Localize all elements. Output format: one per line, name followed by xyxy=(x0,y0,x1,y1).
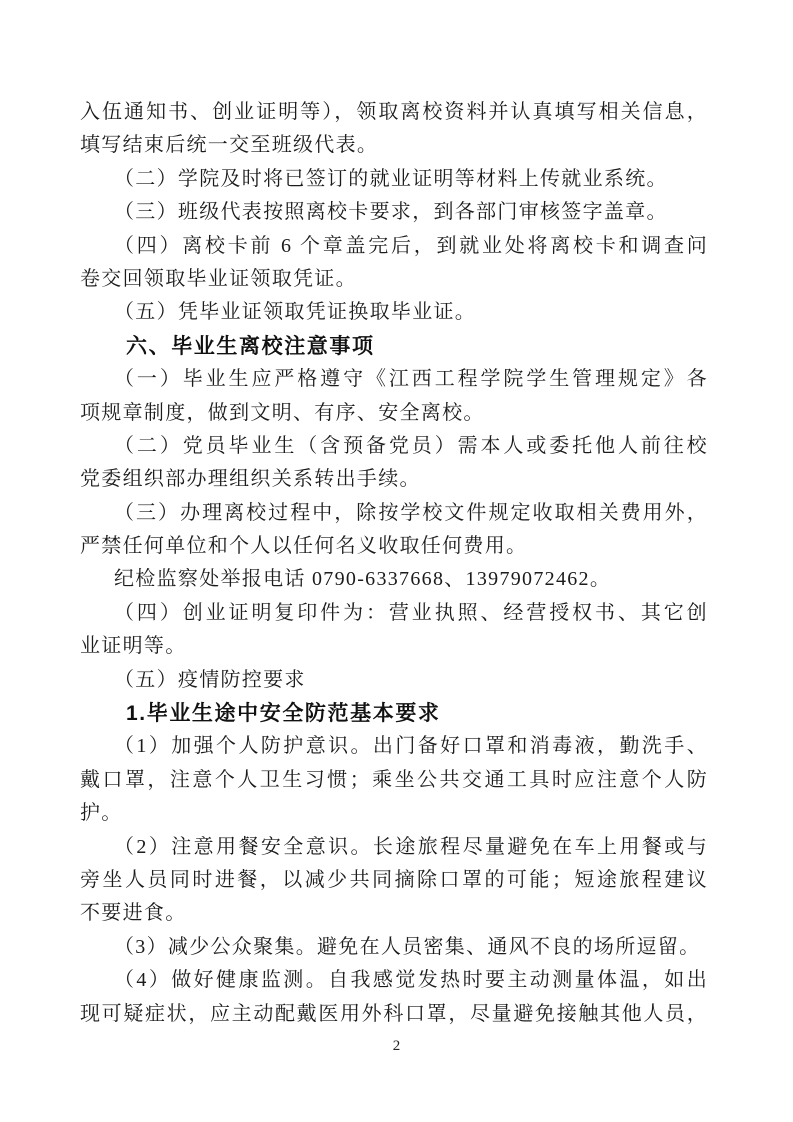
text-line: （3）减少公众聚集。避免在人员密集、通风不良的场所逗留。 xyxy=(80,931,708,964)
text-line: （四）离校卡前 6 个章盖完后，到就业处将离校卡和调查问 xyxy=(80,230,708,263)
text-line: 现可疑症状，应主动配戴医用外科口罩，尽量避免接触其他人员， xyxy=(80,998,708,1031)
text-line: （五）疫情防控要求 xyxy=(80,664,708,697)
text-line: 不要进食。 xyxy=(80,897,708,930)
text-line: 戴口罩，注意个人卫生习惯；乘坐公共交通工具时应注意个人防 xyxy=(80,764,708,797)
text-line: 护。 xyxy=(80,797,708,830)
text-line: 项规章制度，做到文明、有序、安全离校。 xyxy=(80,397,708,430)
text-line: 严禁任何单位和个人以任何名义收取任何费用。 xyxy=(80,530,708,563)
text-line: 业证明等。 xyxy=(80,630,708,663)
text-line: （4）做好健康监测。自我感觉发热时要主动测量体温，如出 xyxy=(80,964,708,997)
text-line: （三）班级代表按照离校卡要求，到各部门审核签字盖章。 xyxy=(80,196,708,229)
text-line: 入伍通知书、创业证明等），领取离校资料并认真填写相关信息， xyxy=(80,96,708,129)
text-line: （三）办理离校过程中，除按学校文件规定收取相关费用外， xyxy=(80,497,708,530)
text-line: （一）毕业生应严格遵守《江西工程学院学生管理规定》各 xyxy=(80,363,708,396)
text-line: 旁坐人员同时进餐，以减少共同摘除口罩的可能；短途旅程建议 xyxy=(80,864,708,897)
text-line: 卷交回领取毕业证领取凭证。 xyxy=(80,263,708,296)
text-block: 入伍通知书、创业证明等），领取离校资料并认真填写相关信息，填写结束后统一交至班级… xyxy=(80,96,708,1031)
text-line: 填写结束后统一交至班级代表。 xyxy=(80,129,708,162)
text-line: （2）注意用餐安全意识。长途旅程尽量避免在车上用餐或与 xyxy=(80,831,708,864)
page-number: 2 xyxy=(0,1038,793,1055)
section-heading: 六、毕业生离校注意事项 xyxy=(80,330,708,363)
text-line: （1）加强个人防护意识。出门备好口罩和消毒液，勤洗手、 xyxy=(80,730,708,763)
text-line: 纪检监察处举报电话 0790-6337668、13979072462。 xyxy=(80,563,708,596)
text-line: （五）凭毕业证领取凭证换取毕业证。 xyxy=(80,296,708,329)
text-line: （四）创业证明复印件为：营业执照、经营授权书、其它创 xyxy=(80,597,708,630)
text-line: 党委组织部办理组织关系转出手续。 xyxy=(80,463,708,496)
text-line: （二）党员毕业生（含预备党员）需本人或委托他人前往校 xyxy=(80,430,708,463)
text-line: （二）学院及时将已签订的就业证明等材料上传就业系统。 xyxy=(80,163,708,196)
document-page: 入伍通知书、创业证明等），领取离校资料并认真填写相关信息，填写结束后统一交至班级… xyxy=(0,0,793,1122)
section-heading: 1.毕业生途中安全防范基本要求 xyxy=(80,697,708,730)
